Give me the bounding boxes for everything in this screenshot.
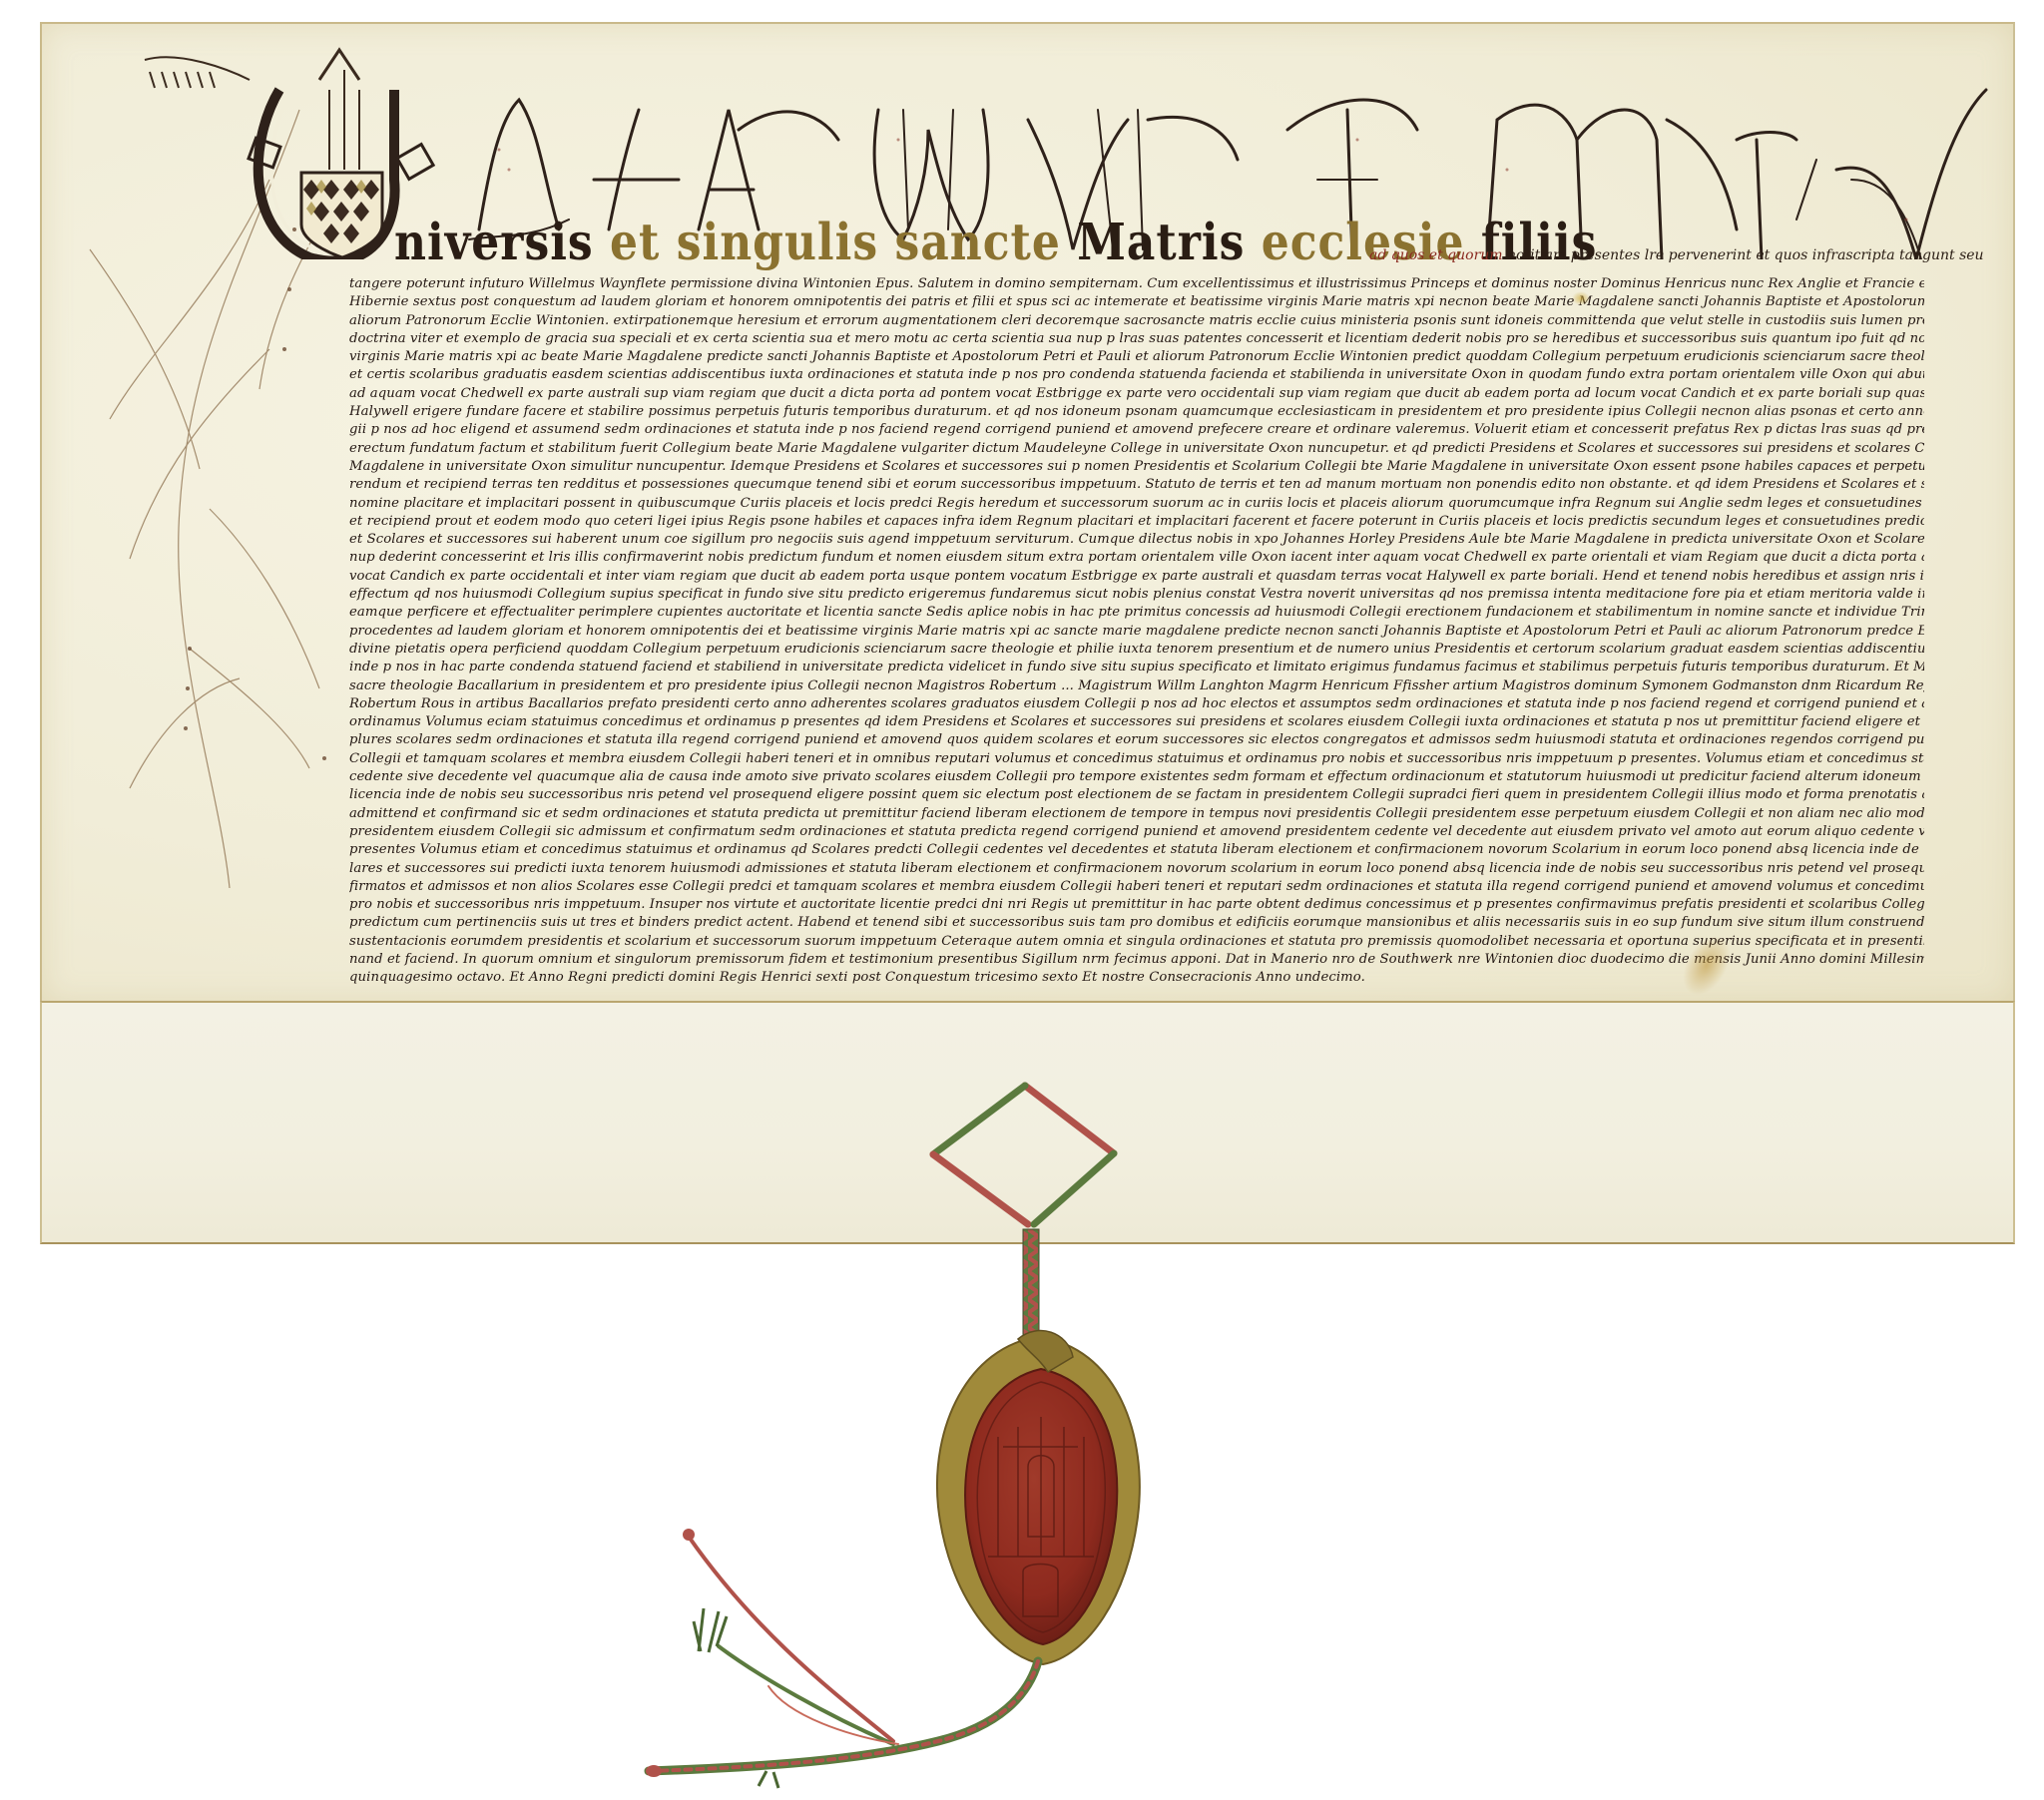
text-line: admittend et confirmand sic et sedm ordi… <box>349 805 1924 823</box>
text-line: divine pietatis opera perficiend quoddam… <box>349 641 1924 659</box>
text-line: eamque perficere et effectualiter perimp… <box>349 604 1924 622</box>
text-line: sacre theologie Bacallarium in president… <box>349 677 1924 695</box>
gold-flake-stain <box>1572 291 1590 305</box>
text-line: presidentem eiusdem Collegii sic admissu… <box>349 823 1924 841</box>
text-line: pro nobis et successoribus nris imppetuu… <box>349 896 1924 914</box>
text-line: cedente sive decedente vel quacumque ali… <box>349 768 1924 786</box>
rubric-text: ad quos et quorum <box>1369 247 1503 263</box>
text-line: nomine placitare et implacitari possent … <box>349 495 1924 513</box>
text-line: aliorum Patronorum Ecclie Wintonien. ext… <box>349 312 1924 330</box>
text-line: doctrina viter et exemplo de gracia sua … <box>349 330 1924 348</box>
heading-word: et <box>610 214 660 272</box>
text-line: inde p nos in hac parte condenda statuen… <box>349 659 1924 676</box>
text-line: erectum fundatum factum et stabilitum fu… <box>349 440 1924 458</box>
text-line: licencia inde de nobis seu successoribus… <box>349 786 1924 804</box>
text-line: et Scolares et successores sui haberent … <box>349 531 1924 549</box>
heading-word: Matris <box>1077 214 1245 272</box>
text-line: predictum cum pertinenciis suis ut tres … <box>349 914 1924 932</box>
heading-word: singulis <box>677 214 878 272</box>
text-line: et certis scolaribus graduatis easdem sc… <box>349 366 1924 384</box>
text-line: nup dederint concesserint et lris illis … <box>349 549 1924 567</box>
text-line: ordinamus Volumus eciam statuimus conced… <box>349 713 1924 731</box>
text-line: Magdalene in universitate Oxon simulitur… <box>349 458 1924 476</box>
text-line: gii p nos ad hoc eligend et assumend sed… <box>349 421 1924 439</box>
heading-word: niversis <box>394 214 594 272</box>
text-line: effectum qd nos huiusmodi Collegium supi… <box>349 586 1924 604</box>
text-line: ad aquam vocat Chedwell ex parte austral… <box>349 385 1924 403</box>
text-line: Halywell erigere fundare facere et stabi… <box>349 403 1924 421</box>
text-line: Robertum Rous in artibus Bacallarios pre… <box>349 695 1924 713</box>
text-line: et recipiend prout et eodem modo quo cet… <box>349 513 1924 531</box>
heading-continuation-text: notitiam presentes lre pervenerint et qu… <box>1507 247 1984 263</box>
heading-continuation: ad quos et quorum notitiam presentes lre… <box>1369 247 1984 263</box>
text-line: sustentacionis eorumdem presidentis et s… <box>349 933 1924 951</box>
text-line: firmatos et admissos et non alios Scolar… <box>349 878 1924 896</box>
text-line: rendum et recipiend terras ten redditus … <box>349 476 1924 494</box>
text-line: presentes Volumus etiam et concedimus st… <box>349 841 1924 859</box>
text-line: vocat Candich ex parte occidentali et in… <box>349 568 1924 586</box>
text-line: Hibernie sextus post conquestum ad laude… <box>349 293 1924 311</box>
charter-body-text: tangere poterunt infuturo Willelmus Wayn… <box>349 275 1924 988</box>
heading-word: sancte <box>894 214 1060 272</box>
text-line: plures scolares sedm ordinaciones et sta… <box>349 731 1924 749</box>
text-line: procedentes ad laudem gloriam et honorem… <box>349 623 1924 641</box>
text-line: virginis Marie matris xpi ac beate Marie… <box>349 348 1924 366</box>
wax-seal-icon <box>937 1331 1140 1664</box>
text-line: tangere poterunt infuturo Willelmus Wayn… <box>349 275 1924 293</box>
plica-fold <box>40 1001 2015 1244</box>
text-line: lares et successores sui predicti iuxta … <box>349 860 1924 878</box>
text-line: Collegii et tamquam scolares et membra e… <box>349 750 1924 768</box>
